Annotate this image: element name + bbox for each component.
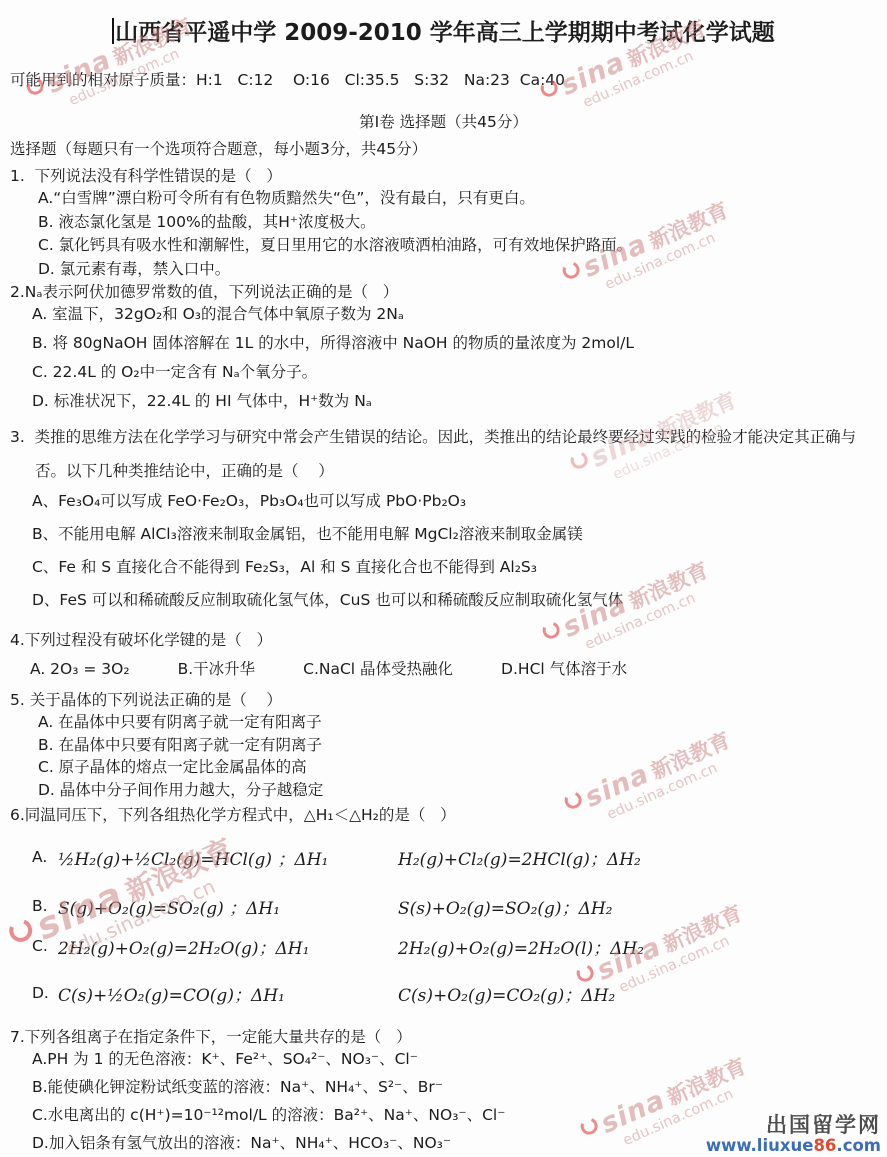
liuxue86-stamp: 出国留学网 www.liuxue86.com xyxy=(706,1114,881,1155)
question-1-option-a: A.“白雪牌”漂白粉可令所有有色物质黯然失“色”，没有最白，只有更白。 xyxy=(10,187,877,211)
section-note: 选择题（每题只有一个选项符合题意，每小题3分，共45分） xyxy=(10,139,877,160)
question-6-option-a: A. ½H₂(g)+½Cl₂(g)=HCl(g) ；ΔH₁ H₂(g)+Cl₂(… xyxy=(10,840,877,874)
question-2-option-c: C. 22.4L 的 O₂中一定含有 Nₐ个氧分子。 xyxy=(10,361,877,383)
equation-left: C(s)+½O₂(g)=CO(g)；ΔH₁ xyxy=(58,981,398,1006)
question-3-option-c: C、Fe 和 S 直接化合不能得到 Fe₂S₃，Al 和 S 直接化合也不能得到… xyxy=(10,556,877,578)
question-2-option-a: A. 室温下，32gO₂和 O₃的混合气体中氧原子数为 2Nₐ xyxy=(10,303,877,325)
question-3-option-a: A、Fe₃O₄可以写成 FeO·Fe₂O₃，Pb₃O₄也可以写成 PbO·Pb₂… xyxy=(10,490,877,512)
question-2: 2.Nₐ表示阿伏加德罗常数的值，下列说法正确的是（ ） A. 室温下，32gO₂… xyxy=(10,281,877,412)
footer-site-name: 出国留学网 xyxy=(706,1114,881,1137)
question-4-options-row: A. 2O₃ = 3O₂ B.干冰升华 C.NaCl 晶体受热融化 D.HCl … xyxy=(10,658,877,680)
question-5-option-c: C. 原子晶体的熔点一定比金属晶体的高 xyxy=(10,756,877,779)
equation-right: C(s)+O₂(g)=CO₂(g)；ΔH₂ xyxy=(398,981,615,1006)
equation-left: ½H₂(g)+½Cl₂(g)=HCl(g) ；ΔH₁ xyxy=(58,845,398,870)
question-1-option-c: C. 氯化钙具有吸水性和潮解性，夏日里用它的水溶液喷洒柏油路，可有效地保护路面。 xyxy=(10,234,877,258)
question-4-option-b: B.干冰升华 xyxy=(178,658,256,680)
question-5: 5. 关于晶体的下列说法正确的是（ ） A. 在晶体中只要有阴离子就一定有阳离子… xyxy=(10,689,877,801)
question-1-option-d: D. 氯元素有毒，禁入口中。 xyxy=(10,258,877,282)
section-heading: 第Ⅰ卷 选择题（共45分） xyxy=(10,112,877,133)
question-1-option-b: B. 液态氯化氢是 100%的盐酸，其H⁺浓度极大。 xyxy=(10,211,877,235)
question-3-option-b: B、不能用电解 AlCl₃溶液来制取金属铝，也不能用电解 MgCl₂溶液来制取金… xyxy=(10,523,877,545)
option-label: B. xyxy=(32,897,58,915)
question-6-option-b: B. S(g)+O₂(g)=SO₂(g) ；ΔH₁ S(s)+O₂(g)=SO₂… xyxy=(10,892,877,920)
atomic-mass-line: 可能用到的相对原子质量：H:1 C:12 O:16 Cl:35.5 S:32 N… xyxy=(10,70,877,91)
question-5-option-a: A. 在晶体中只要有阴离子就一定有阳离子 xyxy=(10,711,877,734)
question-4: 4.下列过程没有破坏化学键的是（ ） A. 2O₃ = 3O₂ B.干冰升华 C… xyxy=(10,629,877,680)
option-label: D. xyxy=(32,984,58,1002)
exam-document-page: sina新浪教育 edu.sina.com.cn sina新浪教育 edu.si… xyxy=(0,0,887,1157)
question-4-stem: 4.下列过程没有破坏化学键的是（ ） xyxy=(10,629,877,651)
question-2-option-b: B. 将 80gNaOH 固体溶解在 1L 的水中，所得溶液中 NaOH 的物质… xyxy=(10,332,877,354)
question-6-stem: 6.同温同压下，下列各组热化学方程式中，△H₁＜△H₂的是（ ） xyxy=(10,804,877,826)
question-4-option-c: C.NaCl 晶体受热融化 xyxy=(303,658,453,680)
question-3-stem: 3. 类推的思维方法在化学学习与研究中常会产生错误的结论。因此，类推出的结论最终… xyxy=(10,420,877,488)
equation-left: 2H₂(g)+O₂(g)=2H₂O(g)；ΔH₁ xyxy=(58,934,398,959)
exam-title-text: 山西省平遥中学 2009-2010 学年高三上学期期中考试化学试题 xyxy=(115,20,775,46)
equation-right: S(s)+O₂(g)=SO₂(g)；ΔH₂ xyxy=(398,894,612,919)
option-label: A. xyxy=(32,848,58,866)
text-cursor-bar xyxy=(112,18,114,44)
equation-left: S(g)+O₂(g)=SO₂(g) ；ΔH₁ xyxy=(58,894,398,919)
question-4-option-a: A. 2O₃ = 3O₂ xyxy=(30,658,130,680)
question-1: 1. 下列说法没有科学性错误的是（ ） A.“白雪牌”漂白粉可令所有有色物质黯然… xyxy=(10,165,877,281)
footer-url-number: 86 xyxy=(813,1136,836,1155)
question-3: 3. 类推的思维方法在化学学习与研究中常会产生错误的结论。因此，类推出的结论最终… xyxy=(10,420,877,611)
equation-right: H₂(g)+Cl₂(g)=2HCl(g)；ΔH₂ xyxy=(398,845,641,870)
question-6: 6.同温同压下，下列各组热化学方程式中，△H₁＜△H₂的是（ ） A. ½H₂(… xyxy=(10,804,877,1010)
question-6-option-c: C. 2H₂(g)+O₂(g)=2H₂O(g)；ΔH₁ 2H₂(g)+O₂(g)… xyxy=(10,932,877,960)
footer-url-suffix: .com xyxy=(836,1136,881,1155)
question-5-option-b: B. 在晶体中只要有阳离子就一定有阴离子 xyxy=(10,734,877,757)
question-7-stem: 7.下列各组离子在指定条件下，一定能大量共存的是（ ） xyxy=(10,1026,877,1048)
question-4-option-d: D.HCl 气体溶于水 xyxy=(501,658,627,680)
question-5-option-d: D. 晶体中分子间作用力越大，分子越稳定 xyxy=(10,779,877,802)
question-1-stem: 1. 下列说法没有科学性错误的是（ ） xyxy=(10,165,877,187)
footer-url-prefix: www.liuxue xyxy=(706,1136,814,1155)
equation-right: 2H₂(g)+O₂(g)=2H₂O(l)；ΔH₂ xyxy=(398,934,644,959)
question-6-option-d: D. C(s)+½O₂(g)=CO(g)；ΔH₁ C(s)+O₂(g)=CO₂(… xyxy=(10,976,877,1010)
question-2-option-d: D. 标准状况下，22.4L 的 HI 气体中，H⁺数为 Nₐ xyxy=(10,390,877,412)
page-title: 山西省平遥中学 2009-2010 学年高三上学期期中考试化学试题 xyxy=(10,18,877,48)
question-3-option-d: D、FeS 可以和稀硫酸反应制取硫化氢气体，CuS 也可以和稀硫酸反应制取硫化氢… xyxy=(10,589,877,611)
question-7-option-b: B.能使碘化钾淀粉试纸变蓝的溶液：Na⁺、NH₄⁺、S²⁻、Br⁻ xyxy=(10,1076,877,1098)
option-label: C. xyxy=(32,937,58,955)
question-2-stem: 2.Nₐ表示阿伏加德罗常数的值，下列说法正确的是（ ） xyxy=(10,281,877,303)
exam-content: 山西省平遥中学 2009-2010 学年高三上学期期中考试化学试题 可能用到的相… xyxy=(0,18,887,1154)
question-5-stem: 5. 关于晶体的下列说法正确的是（ ） xyxy=(10,689,877,711)
footer-site-url: www.liuxue86.com xyxy=(706,1137,881,1155)
question-7-option-a: A.PH 为 1 的无色溶液：K⁺、Fe²⁺、SO₄²⁻、NO₃⁻、Cl⁻ xyxy=(10,1048,877,1070)
